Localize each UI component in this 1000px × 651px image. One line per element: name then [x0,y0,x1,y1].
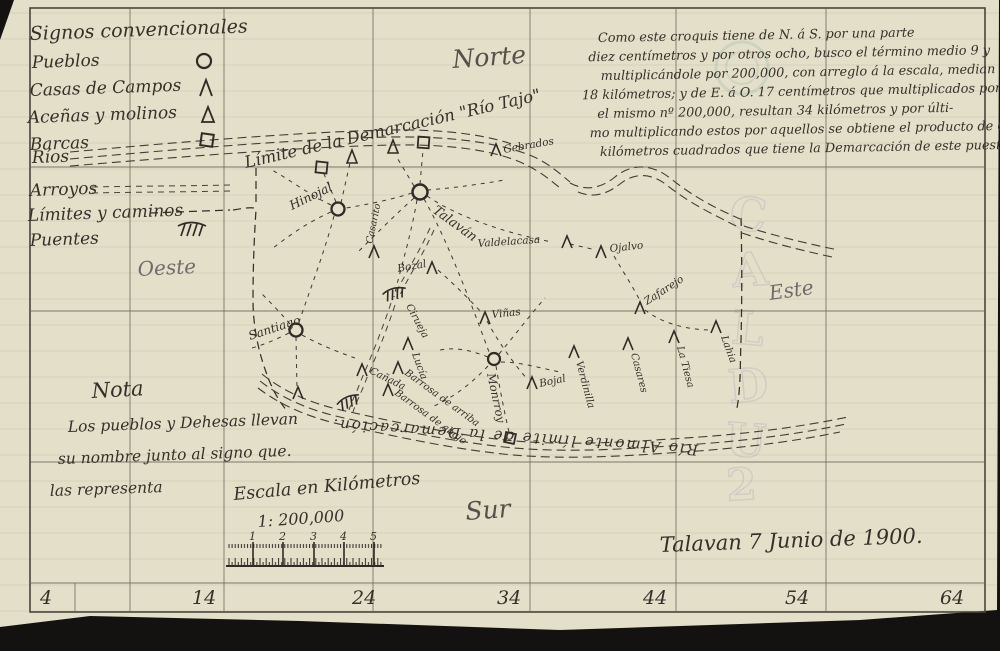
grid-number: 4 [39,587,52,609]
scale-tick-number: 2 [278,530,286,543]
scale-tick-number: 1 [249,530,256,543]
note-title: Nota [90,376,144,403]
grid-number: 44 [642,587,667,609]
scale-bar-minor-ticks [228,544,382,566]
watermark-letter: L [730,300,767,357]
scale-tick-number: 3 [310,530,317,543]
grid-number: 54 [785,587,809,609]
legend-item-label: Ríos [30,147,69,168]
grid-number: 14 [192,587,216,609]
watermark-letter: A [729,241,771,298]
watermark-letter: 2 [725,459,758,512]
compass-west: Oeste [137,254,197,281]
legend-item-label: Arroyos [27,179,97,201]
legend-item-label: Pueblos [30,51,100,73]
grid-number: 24 [351,587,376,609]
grid-number: 64 [940,587,964,609]
scale-tick-number: 5 [370,530,377,543]
map-canvas: C A L D U 2 Signos convenc [0,0,1000,651]
compass-south: Sur [464,494,513,526]
compass-north: Norte [450,40,527,74]
scale-tick-number: 4 [339,530,347,543]
watermark-letter: D [726,357,770,414]
legend-item-label: Puentes [28,229,99,251]
grid-number: 34 [497,587,521,609]
